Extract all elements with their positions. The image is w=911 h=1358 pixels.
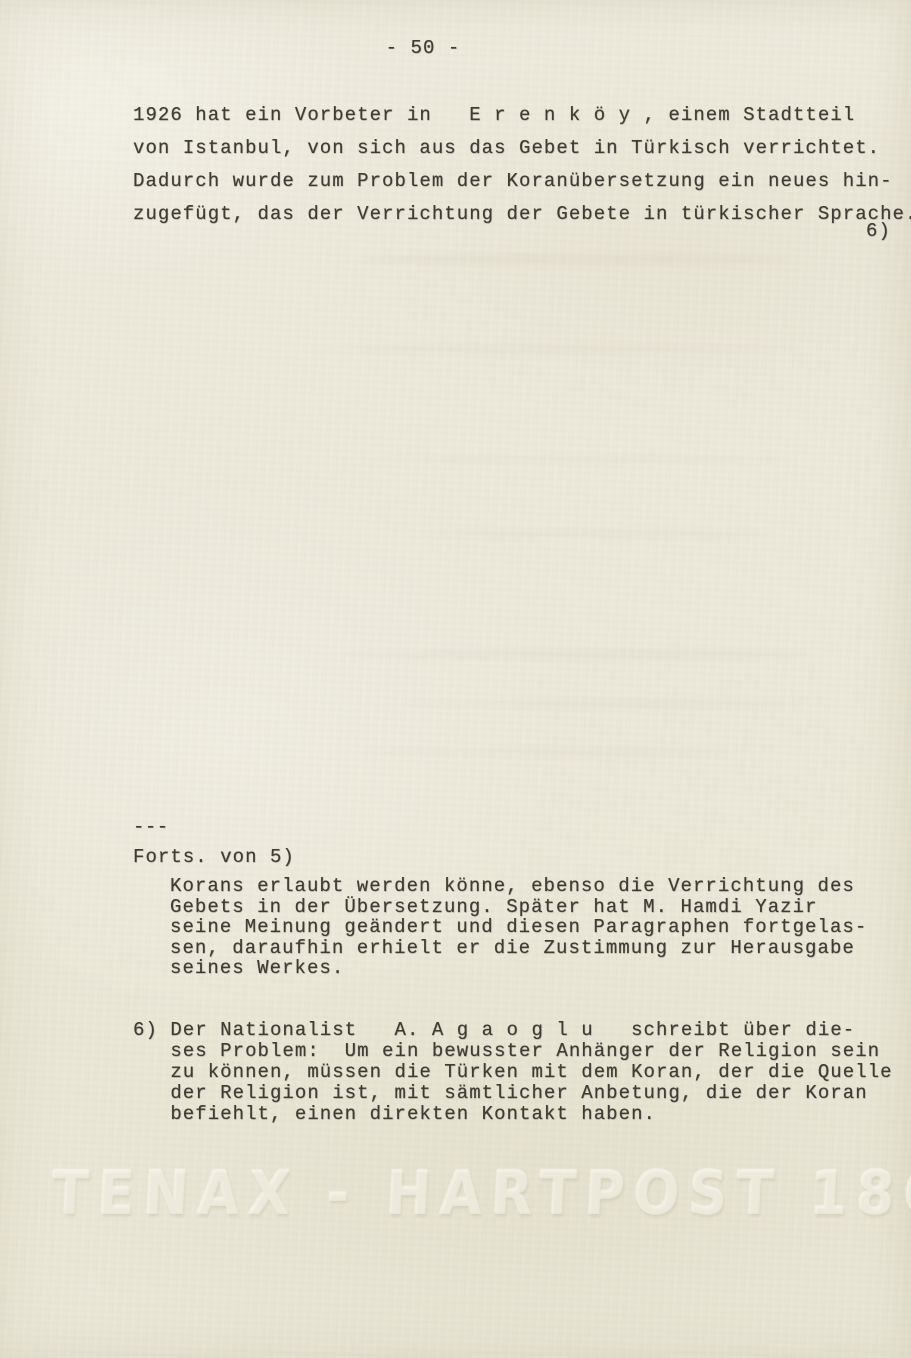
scanned-document-page: TENAX - HARTPOST 1863 - 50 - 1926 hat ei… <box>0 0 911 1358</box>
footnote-line: seine Meinung geändert und diesen Paragr… <box>170 917 867 938</box>
footnote-5-continuation-text: Korans erlaubt werden könne, ebenso die … <box>170 876 867 979</box>
bleed-through-smudge <box>300 345 780 353</box>
footnote-line: seines Werkes. <box>170 958 867 979</box>
bleed-through-smudge <box>360 748 740 756</box>
footnote-line: Korans erlaubt werden könne, ebenso die … <box>170 876 867 897</box>
bleed-through-smudge <box>380 455 800 463</box>
bleed-through-smudge <box>400 700 800 708</box>
footnote-6-text: Der Nationalist A. A g a o g l u schreib… <box>170 1020 892 1125</box>
paragraph-line: 1926 hat ein Vorbeter in E r e n k ö y ,… <box>133 99 911 132</box>
paper-brand-watermark: TENAX - HARTPOST 1863 <box>50 1158 899 1229</box>
footnote-line: Gebets in der Übersetzung. Später hat M.… <box>170 897 867 918</box>
bleed-through-smudge <box>340 650 810 659</box>
footnote-line: zu können, müssen die Türken mit dem Kor… <box>170 1062 892 1083</box>
paragraph-line: Dadurch wurde zum Problem der Koranübers… <box>133 165 911 198</box>
footnote-reference-6: 6) <box>866 219 891 243</box>
page-number: - 50 - <box>133 36 713 60</box>
footnote-separator-dashes: --- <box>133 816 169 838</box>
footnote-line: Der Nationalist A. A g a o g l u schreib… <box>170 1020 892 1041</box>
bleed-through-smudge <box>360 255 790 264</box>
footnote-line: ses Problem: Um ein bewusster Anhänger d… <box>170 1041 892 1062</box>
footnote-continuation-heading: Forts. von 5) <box>133 845 295 869</box>
footnote-6: 6) Der Nationalist A. A g a o g l u schr… <box>133 1020 893 1125</box>
footnote-line: der Religion ist, mit sämtlicher Anbetun… <box>170 1083 892 1104</box>
paragraph-line: von Istanbul, von sich aus das Gebet in … <box>133 132 911 165</box>
body-paragraph: 1926 hat ein Vorbeter in E r e n k ö y ,… <box>133 99 911 231</box>
footnote-6-marker: 6) <box>133 1020 170 1125</box>
footnote-line: befiehlt, einen direkten Kontakt haben. <box>170 1104 892 1125</box>
footnote-line: sen, daraufhin erhielt er die Zustimmung… <box>170 938 867 959</box>
paragraph-line: zugefügt, das der Verrichtung der Gebete… <box>133 198 911 231</box>
bleed-through-smudge <box>420 530 780 538</box>
